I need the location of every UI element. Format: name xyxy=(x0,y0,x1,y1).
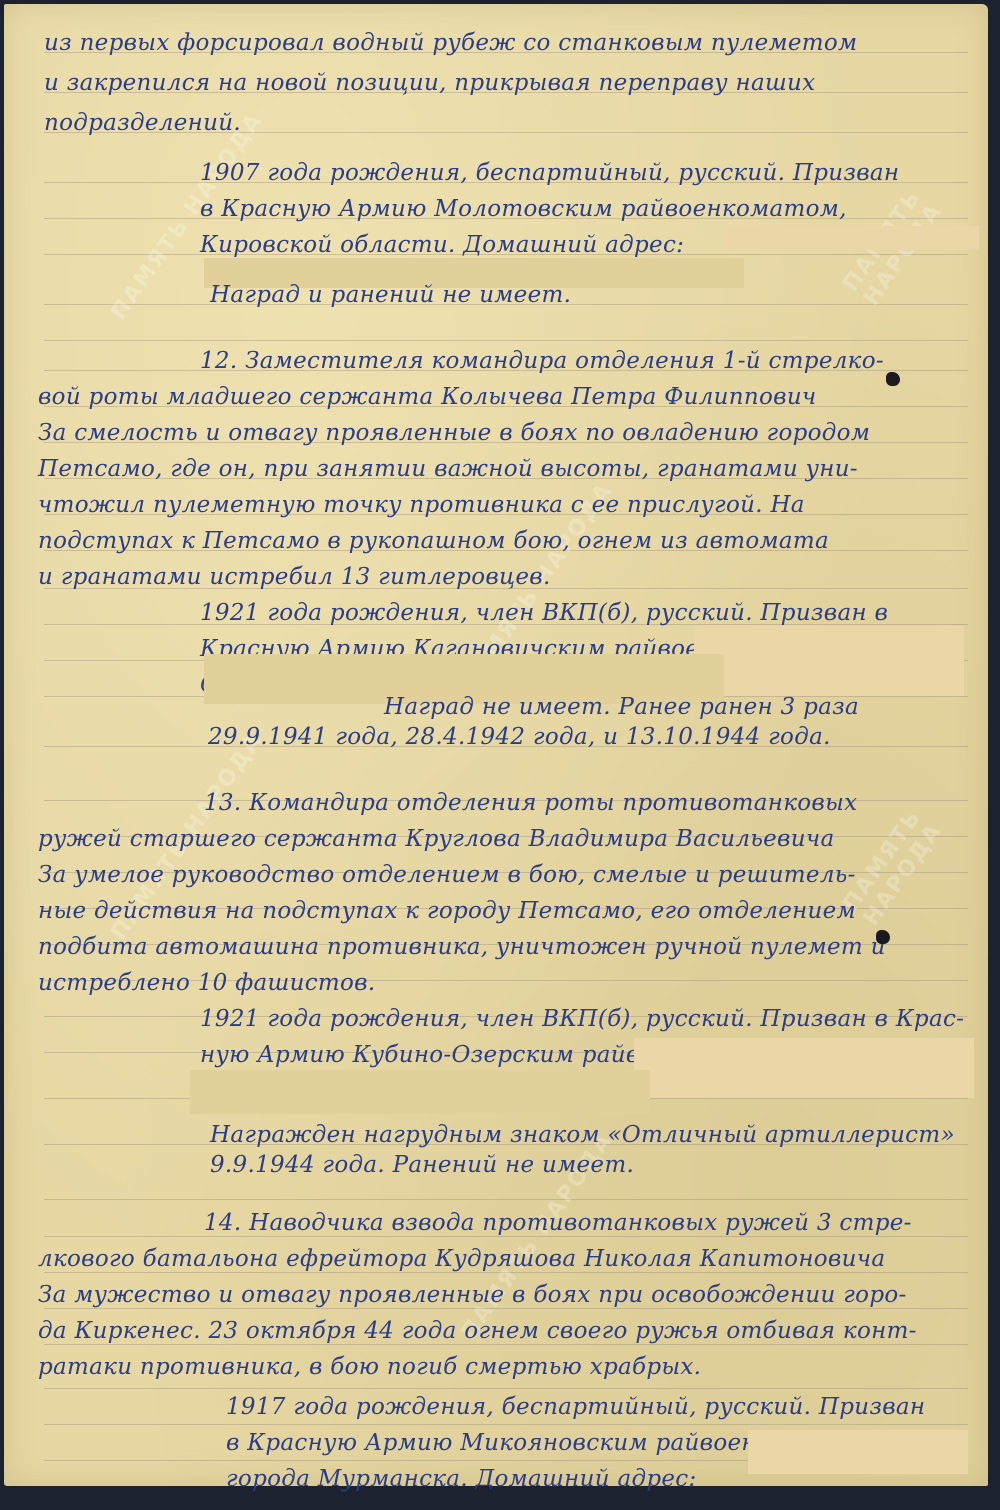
ruled-line xyxy=(44,1308,968,1309)
watermark-stamp: ПАМЯТЬ НАРОДА xyxy=(838,767,973,930)
entry-12-line: чтожил пулеметную точку противника с ее … xyxy=(38,494,805,517)
entry-14-bio-line: города Мурманска. Домашний адрес: xyxy=(226,1468,697,1491)
intro-line: из первых форсировал водный рубеж со ста… xyxy=(44,32,857,55)
redacted-address xyxy=(190,1070,650,1114)
entry-13-line: истреблено 10 фашистов. xyxy=(38,972,375,995)
entry-12-awards: Наград не имеет. Ранее ранен 3 раза xyxy=(384,696,859,719)
entry-12-line: Петсамо, где он, при занятии важной высо… xyxy=(38,458,858,481)
entry-14-line: да Киркенес. 23 октября 44 года огнем св… xyxy=(38,1320,917,1343)
intro-bio-line: Кировской области. Домашний адрес: xyxy=(200,234,684,257)
entry-13-awards: 9.9.1944 года. Ранений не имеет. xyxy=(210,1154,634,1177)
redacted-address xyxy=(748,1430,968,1474)
entry-12-line: 12. Заместителя командира отделения 1-й … xyxy=(200,350,884,373)
intro-awards: Наград и ранений не имеет. xyxy=(210,284,571,307)
entry-13-line: ные действия на подступах к городу Петса… xyxy=(38,900,856,923)
entry-12-awards: 29.9.1941 года, 28.4.1942 года, и 13.10.… xyxy=(208,726,831,749)
entry-13-line: За умелое руководство отделением в бою, … xyxy=(38,864,856,887)
document-page: ПАМЯТЬ НАРОДА ПАМЯТЬ НАРОДА ПАМЯТЬ НАРОД… xyxy=(4,4,988,1486)
ruled-line xyxy=(44,1199,968,1200)
punch-hole xyxy=(876,930,890,944)
redacted-address xyxy=(694,626,964,696)
entry-13-line: подбита автомашина противника, уничтожен… xyxy=(38,936,886,959)
ruled-line xyxy=(44,1424,968,1425)
entry-14-line: За мужество и отвагу проявленные в боях … xyxy=(38,1284,907,1307)
entry-12-bio-line: 1921 года рождения, член ВКП(б), русский… xyxy=(200,602,888,625)
entry-13-bio-line: 1921 года рождения, член ВКП(б), русский… xyxy=(200,1008,964,1031)
entry-14-line: 14. Наводчика взвода противотанковых руж… xyxy=(204,1212,912,1235)
entry-12-line: и гранатами истребил 13 гитлеровцев. xyxy=(38,566,551,589)
redacted-address xyxy=(634,1038,974,1098)
intro-bio-line: 1907 года рождения, беспартийный, русски… xyxy=(200,162,899,185)
ruled-line xyxy=(44,1344,968,1345)
intro-line: и закрепился на новой позиции, прикрывая… xyxy=(44,72,815,95)
ruled-line xyxy=(44,1388,968,1389)
entry-12-line: вой роты младшего сержанта Колычева Петр… xyxy=(38,386,817,409)
entry-13-line: 13. Командира отделения роты противотанк… xyxy=(204,792,857,815)
ruled-line xyxy=(44,340,968,341)
entry-13-line: ружей старшего сержанта Круглова Владими… xyxy=(38,828,834,851)
entry-14-line: ратаки противника, в бою погиб смертью х… xyxy=(38,1356,701,1379)
entry-12-line: За смелость и отвагу проявленные в боях … xyxy=(38,422,870,445)
intro-bio-line: в Красную Армию Молотовским райвоенкомат… xyxy=(200,198,847,221)
entry-14-line: лкового батальона ефрейтора Кудряшова Ни… xyxy=(38,1248,885,1271)
entry-14-bio-line: 1917 года рождения, беспартийный, русски… xyxy=(226,1396,925,1419)
intro-line: подразделений. xyxy=(44,112,241,135)
punch-hole xyxy=(886,372,900,386)
ruled-line xyxy=(44,1236,968,1237)
entry-12-line: подступах к Петсамо в рукопашном бою, ог… xyxy=(38,530,829,553)
entry-13-awards: Награжден нагрудным знаком «Отличный арт… xyxy=(210,1124,955,1147)
redacted-address xyxy=(724,226,979,250)
